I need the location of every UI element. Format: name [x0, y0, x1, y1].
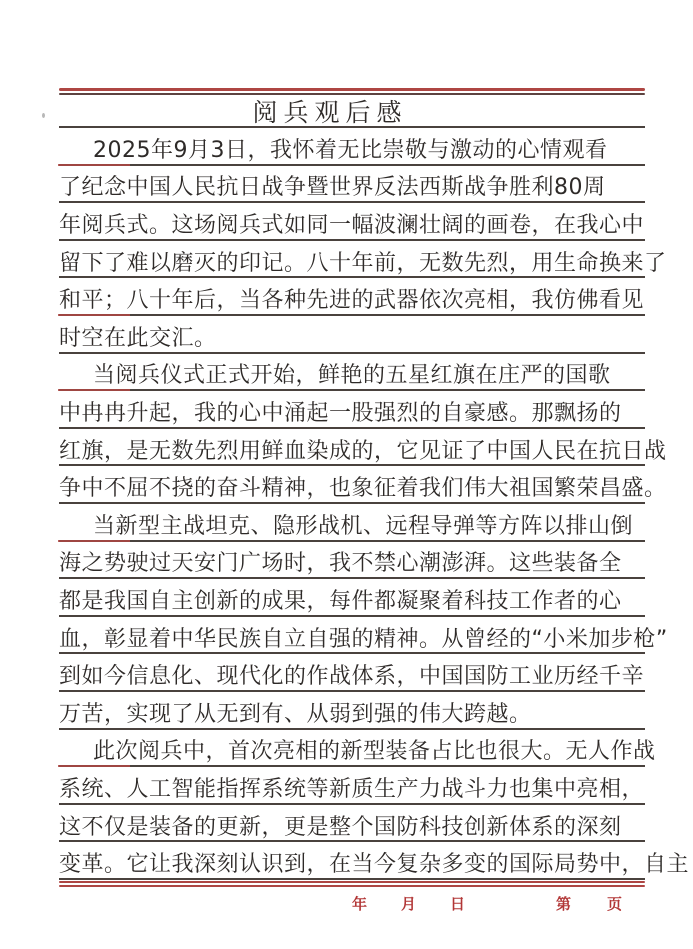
essay-line-text: 和平；八十年后，当各种先进的武器依次亮相，我仿佛看见 — [59, 289, 644, 314]
top-red-stroke — [59, 88, 645, 91]
essay-line: 系统、人工智能指挥系统等新质生产力战斗力也集中亮相， — [59, 767, 645, 805]
bottom-red-stroke-1 — [59, 881, 645, 883]
essay-line: 此次阅兵中，首次亮相的新型装备占比也很大。无人作战 — [59, 730, 645, 768]
essay-line-text: 到如今信息化、现代化的作战体系，中国国防工业历经千辛 — [59, 665, 644, 690]
essay-title: 阅兵观后感 — [252, 100, 407, 126]
essay-line-text: 2025年9月3日，我怀着无比崇敬与激动的心情观看 — [59, 139, 607, 164]
essay-line-text: 血，彰显着中华民族自立自强的精神。从曾经的“小米加步枪” — [59, 628, 668, 653]
footer-year-label: 年 — [352, 893, 367, 914]
essay-line: 这不仅是装备的更新，更是整个国防科技创新体系的深刻 — [59, 805, 645, 843]
writing-area: 阅兵观后感 2025年9月3日，我怀着无比崇敬与激动的心情观看了纪念中国人民抗日… — [59, 88, 645, 887]
bottom-red-stroke-2 — [59, 885, 645, 887]
page-footer: 年 月 日 第 页 — [0, 891, 693, 913]
essay-line-text: 红旗，是无数先烈用鲜血染成的，它见证了中国人民在抗日战 — [59, 440, 667, 465]
essay-line: 留下了难以磨灭的印记。八十年前，无数先烈，用生命换来了 — [59, 241, 645, 279]
essay-title-row: 阅兵观后感 — [59, 95, 645, 128]
bottom-double-red-line — [59, 881, 645, 887]
essay-line-text: 时空在此交汇。 — [59, 327, 217, 352]
footer-page-suffix-label: 页 — [607, 893, 622, 914]
stray-pen-mark — [42, 113, 45, 118]
essay-line-text: 海之势驶过天安门广场时，我不禁心潮澎湃。这些装备全 — [59, 552, 622, 577]
essay-line: 争中不屈不挠的奋斗精神，也象征着我们伟大祖国繁荣昌盛。 — [59, 466, 645, 504]
essay-line: 2025年9月3日，我怀着无比崇敬与激动的心情观看 — [59, 128, 645, 166]
essay-line: 红旗，是无数先烈用鲜血染成的，它见证了中国人民在抗日战 — [59, 429, 645, 467]
top-double-red-line — [59, 88, 645, 95]
essay-line-text: 系统、人工智能指挥系统等新质生产力战斗力也集中亮相， — [59, 778, 644, 803]
essay-line: 了纪念中国人民抗日战争暨世界反法西斯战争胜利80周 — [59, 166, 645, 204]
essay-line: 变革。它让我深刻认识到，在当今复杂多变的国际局势中，自主 — [59, 842, 645, 880]
footer-page-prefix-label: 第 — [556, 893, 571, 914]
essay-line: 中冉冉升起，我的心中涌起一股强烈的自豪感。那飘扬的 — [59, 391, 645, 429]
essay-line-text: 留下了难以磨灭的印记。八十年前，无数先烈，用生命换来了 — [59, 252, 667, 277]
essay-line: 时空在此交汇。 — [59, 316, 645, 354]
essay-line: 都是我国自主创新的成果，每件都凝聚着科技工作者的心 — [59, 579, 645, 617]
essay-line-text: 当阅兵仪式正式开始，鲜艳的五星红旗在庄严的国歌 — [59, 364, 611, 389]
essay-line-text: 万苦，实现了从无到有、从弱到强的伟大跨越。 — [59, 703, 532, 728]
handwritten-essay-page: 阅兵观后感 2025年9月3日，我怀着无比崇敬与激动的心情观看了纪念中国人民抗日… — [0, 0, 693, 949]
footer-day-label: 日 — [450, 893, 465, 914]
essay-line-text: 当新型主战坦克、隐形战机、远程导弹等方阵以排山倒 — [59, 515, 633, 540]
essay-line: 当阅兵仪式正式开始，鲜艳的五星红旗在庄严的国歌 — [59, 354, 645, 392]
essay-line-text: 争中不屈不挠的奋斗精神，也象征着我们伟大祖国繁荣昌盛。 — [59, 477, 667, 502]
essay-line: 血，彰显着中华民族自立自强的精神。从曾经的“小米加步枪” — [59, 617, 645, 655]
essay-line: 和平；八十年后，当各种先进的武器依次亮相，我仿佛看见 — [59, 278, 645, 316]
essay-line-text: 年阅兵式。这场阅兵式如同一幅波澜壮阔的画卷，在我心中 — [59, 214, 644, 239]
essay-line-text: 中冉冉升起，我的心中涌起一股强烈的自豪感。那飘扬的 — [59, 402, 622, 427]
essay-line: 万苦，实现了从无到有、从弱到强的伟大跨越。 — [59, 692, 645, 730]
essay-line: 海之势驶过天安门广场时，我不禁心潮澎湃。这些装备全 — [59, 542, 645, 580]
essay-body: 2025年9月3日，我怀着无比崇敬与激动的心情观看了纪念中国人民抗日战争暨世界反… — [59, 128, 645, 880]
essay-line-text: 这不仅是装备的更新，更是整个国防科技创新体系的深刻 — [59, 816, 622, 841]
essay-line-text: 都是我国自主创新的成果，每件都凝聚着科技工作者的心 — [59, 590, 622, 615]
essay-line: 当新型主战坦克、隐形战机、远程导弹等方阵以排山倒 — [59, 504, 645, 542]
footer-month-label: 月 — [401, 893, 416, 914]
essay-line-text: 此次阅兵中，首次亮相的新型装备占比也很大。无人作战 — [59, 740, 656, 765]
essay-line-text: 变革。它让我深刻认识到，在当今复杂多变的国际局势中，自主 — [59, 853, 689, 878]
essay-line: 到如今信息化、现代化的作战体系，中国国防工业历经千辛 — [59, 654, 645, 692]
essay-line-text: 了纪念中国人民抗日战争暨世界反法西斯战争胜利80周 — [59, 176, 606, 201]
essay-line: 年阅兵式。这场阅兵式如同一幅波澜壮阔的画卷，在我心中 — [59, 203, 645, 241]
